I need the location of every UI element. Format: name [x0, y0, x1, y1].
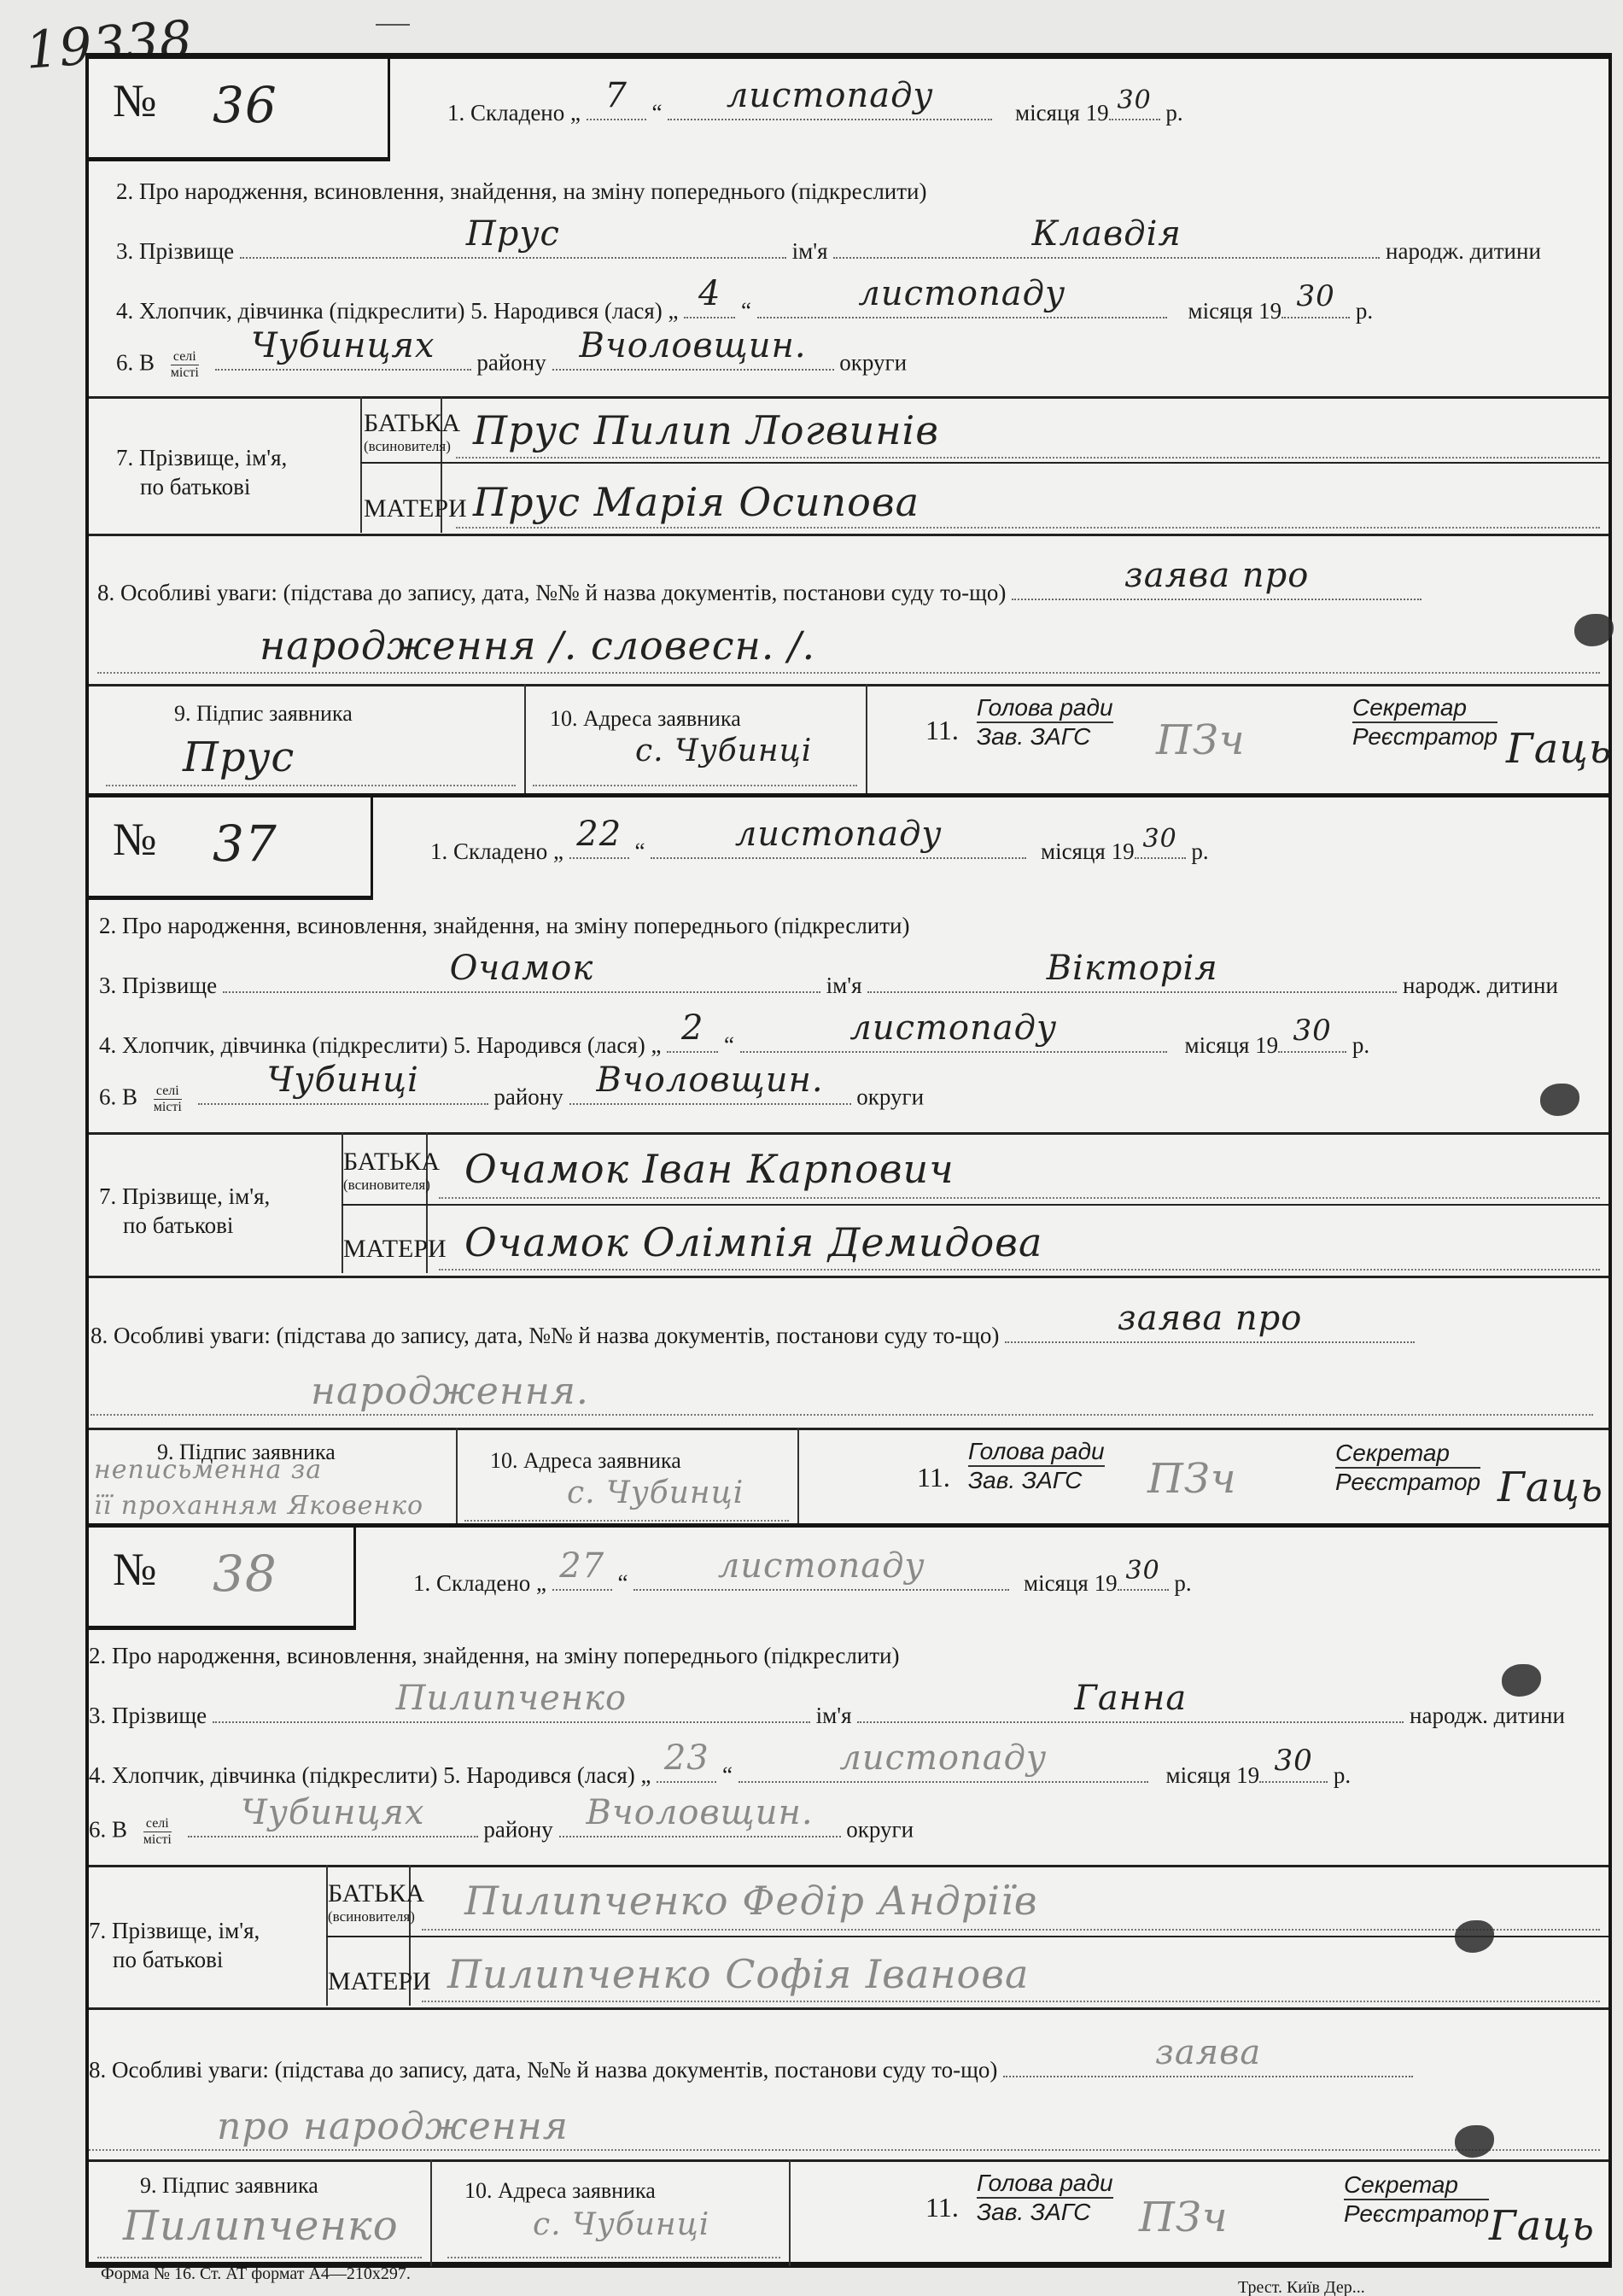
place-line: 6. В селімісті Чубинцях району Вчоловщин… — [89, 1816, 914, 1848]
record-number-box: № 38 — [89, 1528, 356, 1630]
record-number: 36 — [213, 76, 277, 134]
district-value: Вчоловщин. — [552, 326, 834, 365]
birth-year: 30 — [1259, 1744, 1328, 1778]
mother-name: Пилипченко Софія Іванова — [447, 1951, 1029, 1997]
village-value: Чубинці — [198, 1060, 488, 1100]
remarks-line: 8. Особливі уваги: (підстава до запису, … — [97, 580, 1422, 606]
month-year-label: місяця 19 — [1015, 100, 1109, 126]
applicant-address: с. Чубинці — [533, 2207, 709, 2242]
ink-blot — [1540, 1084, 1579, 1116]
birth-day: 4 — [684, 274, 735, 313]
mother-label: МАТЕРИ — [343, 1235, 426, 1264]
registrar-signature: Гаць — [1497, 1463, 1603, 1511]
applicant-address-label: 10. Адреса заявника — [464, 2178, 656, 2204]
place-line: 6. В селімісті Чубинцях району Вчоловщин… — [116, 349, 907, 381]
record-number-box: № 36 — [89, 59, 390, 161]
mother-name: Прус Марія Осипова — [473, 479, 920, 525]
divider — [89, 396, 1608, 399]
remarks-line: 8. Особливі уваги: (підстава до запису, … — [89, 2057, 1413, 2083]
village-value: Чубинцях — [188, 1793, 478, 1832]
surname-value: Очамок — [223, 949, 820, 988]
record-number: 38 — [213, 1545, 277, 1603]
compiled-month: листопаду — [633, 1546, 1009, 1586]
birth-month: листопаду — [757, 274, 1167, 313]
registrar-title: Секретар Реєстратор — [1335, 1440, 1480, 1496]
compiled-month: листопаду — [651, 815, 1026, 854]
compiled-line: 1. Складено „ 7 “ листопаду місяця 1930 … — [447, 100, 1183, 126]
gender-birth-line: 4. Хлопчик, дівчинка (підкреслити) 5. На… — [89, 1762, 1351, 1789]
birth-year: 30 — [1278, 1014, 1346, 1048]
applicant-signature: Прус — [183, 733, 295, 781]
birth-day: 2 — [667, 1008, 718, 1048]
birth-month: листопаду — [740, 1008, 1167, 1048]
birth-day: 23 — [657, 1738, 716, 1778]
first-name-value: Клавдія — [833, 214, 1380, 254]
gender-birth-line: 4. Хлопчик, дівчинка (підкреслити) 5. На… — [116, 298, 1373, 324]
number-sign: № — [113, 74, 157, 127]
record-number-box: № 37 — [89, 797, 373, 900]
compiled-year: 30 — [1118, 1556, 1169, 1586]
place-line: 6. В селімісті Чубинці району Вчоловщин.… — [99, 1084, 924, 1115]
head-title: Голова ради Зав. ЗАГС — [968, 1438, 1105, 1494]
parents-label: 7. Прізвище, ім'я, по батькові — [99, 1182, 270, 1240]
applicant-address: с. Чубинці — [567, 1475, 744, 1510]
compiled-year: 30 — [1135, 824, 1186, 854]
registration-form-sheet: № 36 1. Складено „ 7 “ листопаду місяця … — [85, 53, 1612, 2268]
about-line: 2. Про народження, всиновлення, знайденн… — [99, 913, 909, 939]
compiled-year: 30 — [1109, 85, 1160, 115]
surname-line: 3. Прізвище Прус ім'я Клавдія народж. ди… — [116, 238, 1541, 265]
birth-month: листопаду — [739, 1738, 1148, 1778]
district-value: Вчоловщин. — [559, 1793, 841, 1832]
ink-blot — [1455, 1920, 1494, 1953]
compiled-label: 1. Складено „ — [447, 100, 581, 126]
remarks-value-1: заява — [1003, 2033, 1413, 2072]
surname-line: 3. Прізвище Очамок ім'я Вікторія народж.… — [99, 973, 1558, 999]
father-name: Пилипченко Федір Андріїв — [464, 1878, 1037, 1924]
applicant-signature-label: 9. Підпис заявника — [140, 2173, 318, 2199]
head-title: Голова ради Зав. ЗАГС — [977, 2170, 1113, 2226]
about-line: 2. Про народження, всиновлення, знайденн… — [89, 1643, 899, 1669]
applicant-address-label: 10. Адреса заявника — [550, 706, 741, 732]
divider — [89, 534, 1608, 536]
head-signature: ПЗч — [1147, 1455, 1237, 1503]
applicant-signature-line1: неписьменна за — [94, 1455, 322, 1485]
remarks-value-2: народження /. словесн. /. — [260, 622, 815, 669]
registrar-signature: Гаць — [1506, 725, 1612, 773]
ink-blot — [1455, 2125, 1494, 2158]
head-signature: ПЗч — [1139, 2194, 1229, 2241]
applicant-address: с. Чубинці — [635, 733, 812, 768]
ink-blot — [1502, 1664, 1541, 1697]
record-37: № 37 1. Складено „ 22 “ листопаду місяця… — [89, 793, 1608, 1528]
surname-value: Прус — [240, 214, 786, 254]
compiled-line: 1. Складено „ 27 “ листопаду місяця 1930… — [413, 1570, 1192, 1597]
surname-value: Пилипченко — [213, 1679, 810, 1718]
remarks-value-2: народження. — [311, 1370, 589, 1413]
parents-label: 7. Прізвище, ім'я, по батькові — [89, 1916, 260, 1974]
about-line: 2. Про народження, всиновлення, знайденн… — [116, 178, 926, 205]
remarks-value-1: заява про — [1005, 1299, 1415, 1338]
record-number: 37 — [213, 815, 277, 873]
top-dash — [376, 24, 410, 26]
record-36: № 36 1. Складено „ 7 “ листопаду місяця … — [89, 59, 1608, 793]
first-name-value: Ганна — [857, 1679, 1404, 1718]
father-name: Прус Пилип Логвинів — [473, 407, 939, 453]
father-label: БАТЬКА (всиновителя) — [343, 1148, 426, 1194]
remarks-value-1: заява про — [1012, 556, 1422, 595]
applicant-signature-label: 9. Підпис заявника — [174, 701, 353, 727]
record-38: № 38 1. Складено „ 27 “ листопаду місяця… — [89, 1523, 1608, 2266]
printer-footer: Трест. Київ Дер... — [1238, 2278, 1365, 2296]
compiled-day: 7 — [587, 76, 646, 115]
head-signature: ПЗч — [1156, 716, 1246, 764]
father-label: БАТЬКА (всиновителя) — [328, 1879, 409, 1925]
registrar-signature: Гаць — [1489, 2202, 1595, 2250]
mother-name: Очамок Олімпія Демидова — [464, 1219, 1042, 1265]
compiled-day: 22 — [569, 815, 629, 854]
compiled-month: листопаду — [668, 76, 992, 115]
gender-birth-line: 4. Хлопчик, дівчинка (підкреслити) 5. На… — [99, 1032, 1369, 1059]
surname-line: 3. Прізвище Пилипченко ім'я Ганна народж… — [89, 1703, 1565, 1729]
mother-label: МАТЕРИ — [328, 1967, 409, 1996]
ink-blot — [1574, 614, 1614, 646]
registrar-title: Секретар Реєстратор — [1344, 2171, 1489, 2228]
compiled-day: 27 — [552, 1546, 612, 1586]
compiled-line: 1. Складено „ 22 “ листопаду місяця 1930… — [430, 838, 1209, 865]
applicant-signature: Пилипченко — [123, 2202, 399, 2250]
divider — [89, 684, 1608, 686]
parents-label: 7. Прізвище, ім'я, по батькові — [116, 443, 287, 501]
form-footer: Форма № 16. Ст. АТ формат А4—210x297. — [101, 2264, 411, 2284]
applicant-address-label: 10. Адреса заявника — [490, 1448, 681, 1474]
father-label: БАТЬКА (всиновителя) — [364, 409, 441, 455]
village-value: Чубинцях — [215, 326, 471, 365]
registrar-title: Секретар Реєстратор — [1352, 694, 1497, 751]
remarks-value-2: про народження — [217, 2105, 569, 2148]
birth-year: 30 — [1281, 279, 1350, 313]
head-title: Голова ради Зав. ЗАГС — [977, 694, 1113, 751]
remarks-line: 8. Особливі уваги: (підстава до запису, … — [90, 1323, 1415, 1349]
applicant-signature-line2: її проханням Яковенко — [94, 1491, 423, 1521]
father-name: Очамок Іван Карпович — [464, 1146, 955, 1192]
district-value: Вчоловщин. — [569, 1060, 851, 1100]
mother-label: МАТЕРИ — [364, 494, 441, 523]
first-name-value: Вікторія — [867, 949, 1397, 988]
